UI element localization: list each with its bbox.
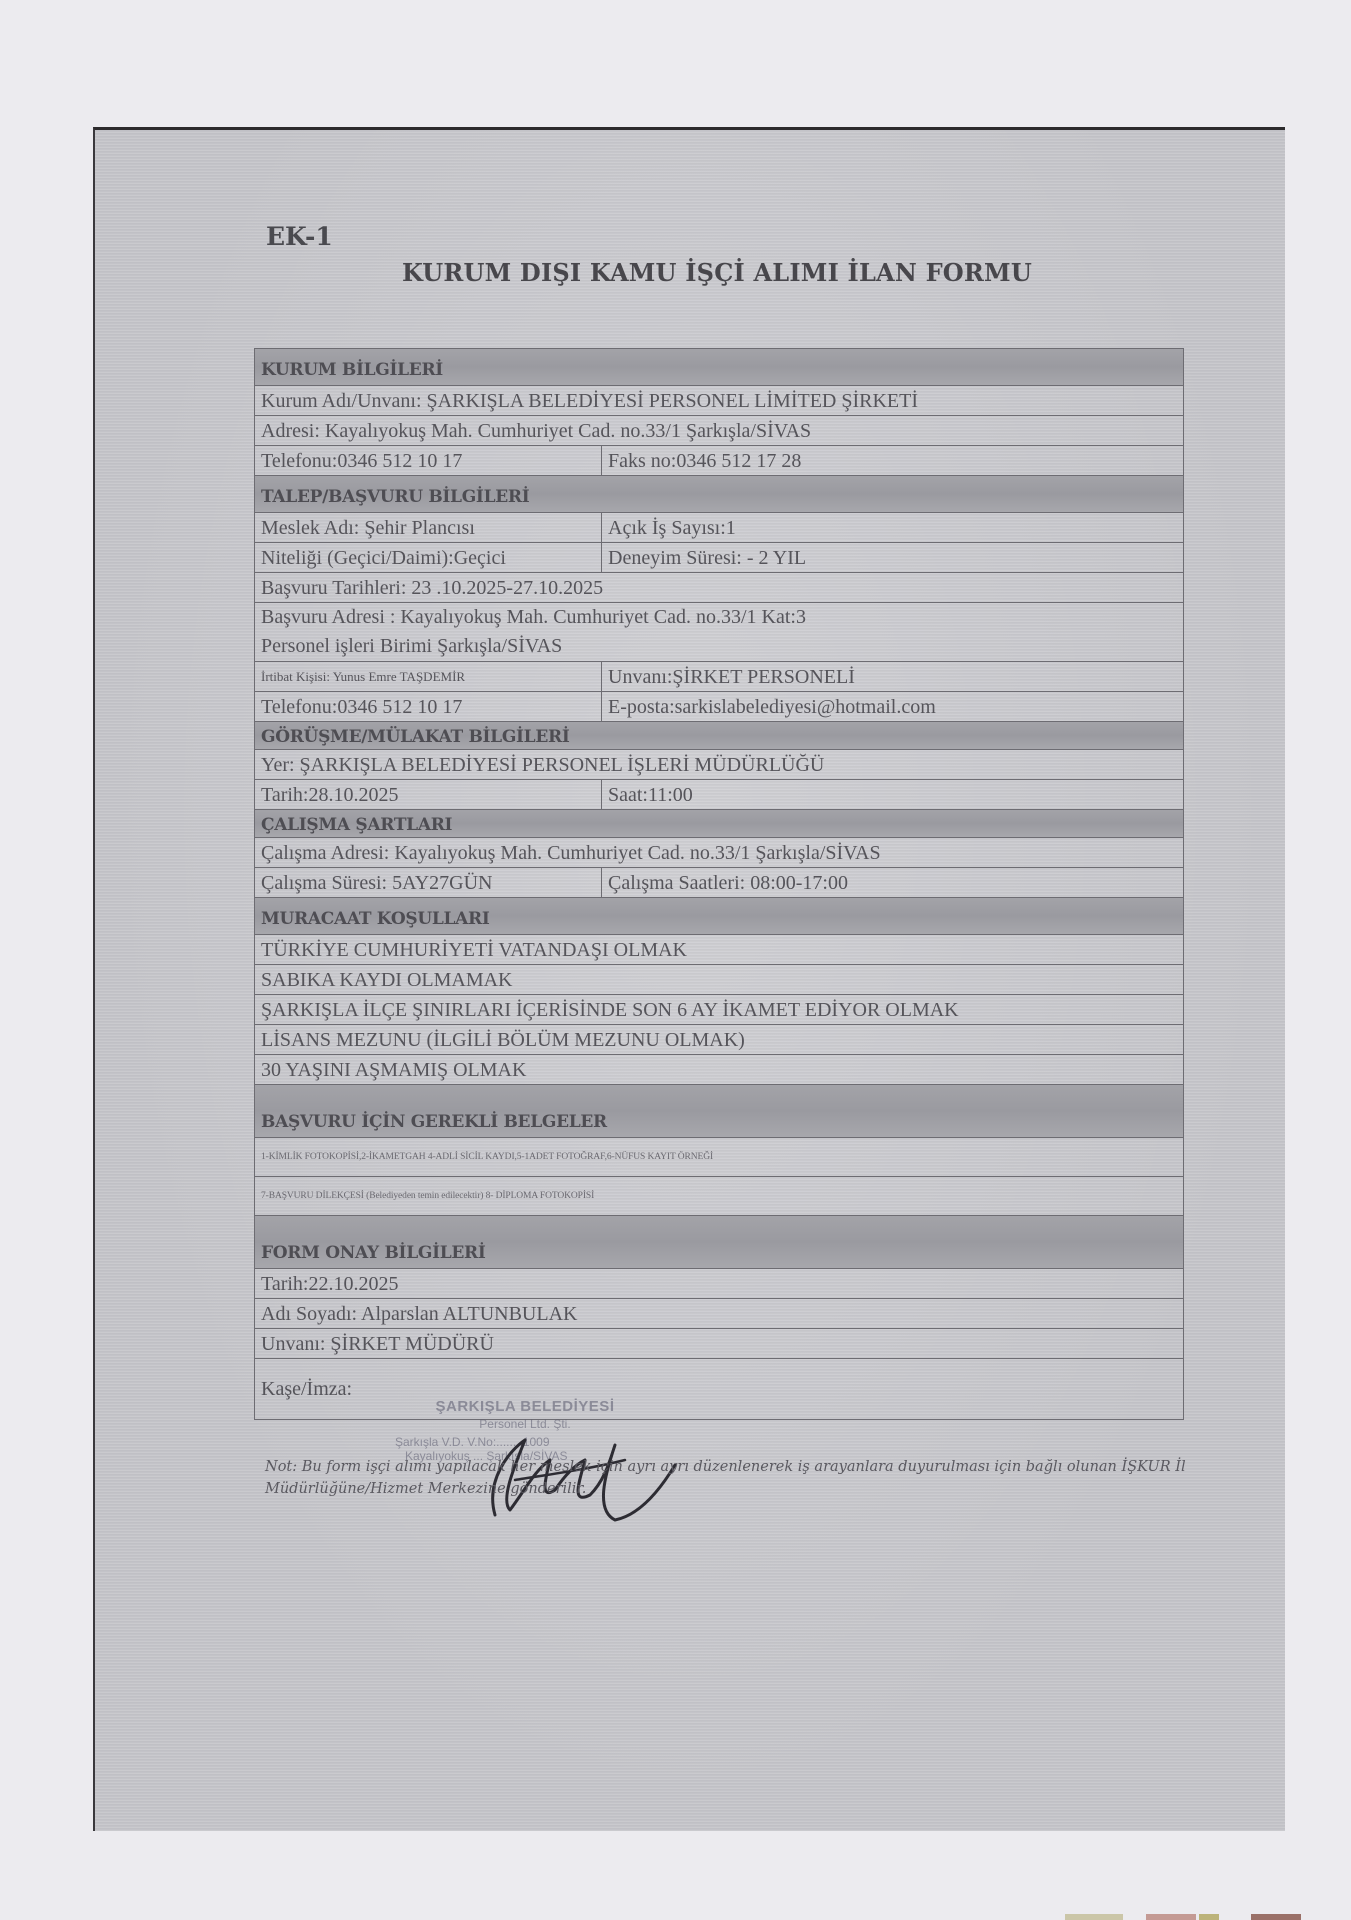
nature-row: Niteliği (Geçici/Daimi):Geçici Deneyim S… xyxy=(255,543,1183,573)
condition-row: SABIKA KAYDI OLMAMAK xyxy=(255,965,1183,995)
profession: Meslek Adı: Şehir Plancısı xyxy=(255,513,602,542)
application-address-row: Başvuru Adresi : Kayalıyokuş Mah. Cumhur… xyxy=(255,603,1183,662)
approver-name-row: Adı Soyadı: Alparslan ALTUNBULAK xyxy=(255,1299,1183,1329)
interview-time-row: Tarih:28.10.2025 Saat:11:00 xyxy=(255,780,1183,810)
contact-person-row: İrtibat Kişisi: Yunus Emre TAŞDEMİR Unva… xyxy=(255,662,1183,692)
contact-email: E-posta:sarkislabelediyesi@hotmail.com xyxy=(602,693,1183,721)
document-list-row: 7-BAŞVURU DİLEKÇESİ (Belediyeden temin e… xyxy=(255,1177,1183,1216)
work-terms-row: Çalışma Süresi: 5AY27GÜN Çalışma Saatler… xyxy=(255,868,1183,898)
footnote: Not: Bu form işçi alımı yapılacak her me… xyxy=(265,1456,1195,1500)
scanned-page: EK-1 KURUM DIŞI KAMU İŞÇİ ALIMI İLAN FOR… xyxy=(93,127,1285,1831)
contact-phone: Telefonu:0346 512 10 17 xyxy=(255,692,602,721)
condition: SABIKA KAYDI OLMAMAK xyxy=(255,966,519,994)
stamp-signature-label: Kaşe/İmza: xyxy=(255,1375,358,1403)
edge-mark xyxy=(1065,1914,1123,1920)
institution-fax: Faks no:0346 512 17 28 xyxy=(602,447,1183,475)
work-address-row: Çalışma Adresi: Kayalıyokuş Mah. Cumhuri… xyxy=(255,838,1183,868)
work-duration: Çalışma Süresi: 5AY27GÜN xyxy=(255,868,602,897)
institution-name-row: Kurum Adı/Unvanı: ŞARKIŞLA BELEDİYESİ PE… xyxy=(255,386,1183,416)
contact-info-row: Telefonu:0346 512 10 17 E-posta:sarkisla… xyxy=(255,692,1183,722)
section-title: TALEP/BAŞVURU BİLGİLERİ xyxy=(255,482,535,512)
condition: LİSANS MEZUNU (İLGİLİ BÖLÜM MEZUNU OLMAK… xyxy=(255,1026,751,1054)
edge-mark xyxy=(1251,1914,1301,1920)
announcement-form-table: KURUM BİLGİLERİ Kurum Adı/Unvanı: ŞARKIŞ… xyxy=(254,348,1184,1420)
condition-row: LİSANS MEZUNU (İLGİLİ BÖLÜM MEZUNU OLMAK… xyxy=(255,1025,1183,1055)
approval-date-row: Tarih:22.10.2025 xyxy=(255,1269,1183,1299)
approver-title-row: Unvanı: ŞİRKET MÜDÜRÜ xyxy=(255,1329,1183,1359)
section-title: KURUM BİLGİLERİ xyxy=(255,355,449,385)
work-hours: Çalışma Saatleri: 08:00-17:00 xyxy=(602,869,1183,897)
document-list-row: 1-KİMLİK FOTOKOPİSİ,2-İKAMETGAH 4-ADLİ S… xyxy=(255,1138,1183,1177)
interview-date: Tarih:28.10.2025 xyxy=(255,780,602,809)
condition-row: ŞARKIŞLA İLÇE ŞINIRLARI İÇERİSİNDE SON 6… xyxy=(255,995,1183,1025)
contact-title: Unvanı:ŞİRKET PERSONELİ xyxy=(602,663,1183,691)
document-list-line: 1-KİMLİK FOTOKOPİSİ,2-İKAMETGAH 4-ADLİ S… xyxy=(255,1139,719,1175)
section-header-calisma: ÇALIŞMA ŞARTLARI xyxy=(255,810,1183,838)
condition: ŞARKIŞLA İLÇE ŞINIRLARI İÇERİSİNDE SON 6… xyxy=(255,996,965,1024)
job-nature: Niteliği (Geçici/Daimi):Geçici xyxy=(255,543,602,572)
work-address: Çalışma Adresi: Kayalıyokuş Mah. Cumhuri… xyxy=(255,839,887,867)
open-positions: Açık İş Sayısı:1 xyxy=(602,514,1183,542)
application-dates-row: Başvuru Tarihleri: 23 .10.2025-27.10.202… xyxy=(255,573,1183,603)
interview-place-row: Yer: ŞARKIŞLA BELEDİYESİ PERSONEL İŞLERİ… xyxy=(255,750,1183,780)
institution-address: Adresi: Kayalıyokuş Mah. Cumhuriyet Cad.… xyxy=(255,417,817,445)
approval-date: Tarih:22.10.2025 xyxy=(255,1270,404,1298)
section-header-talep: TALEP/BAŞVURU BİLGİLERİ xyxy=(255,476,1183,513)
profession-row: Meslek Adı: Şehir Plancısı Açık İş Sayıs… xyxy=(255,513,1183,543)
section-title: GÖRÜŞME/MÜLAKAT BİLGİLERİ xyxy=(255,725,575,749)
stamp-signature-row: Kaşe/İmza: xyxy=(255,1359,1183,1419)
institution-phone: Telefonu:0346 512 10 17 xyxy=(255,446,602,475)
section-header-onay: FORM ONAY BİLGİLERİ xyxy=(255,1216,1183,1269)
application-address-line1: Başvuru Adresi : Kayalıyokuş Mah. Cumhur… xyxy=(255,603,812,632)
interview-place: Yer: ŞARKIŞLA BELEDİYESİ PERSONEL İŞLERİ… xyxy=(255,751,830,779)
institution-name: Kurum Adı/Unvanı: ŞARKIŞLA BELEDİYESİ PE… xyxy=(255,387,924,415)
experience: Deneyim Süresi: - 2 YIL xyxy=(602,544,1183,572)
application-dates: Başvuru Tarihleri: 23 .10.2025-27.10.202… xyxy=(255,574,609,602)
edge-mark xyxy=(1146,1914,1196,1920)
stamp-line: Şarkışla V.D. V.No:........1009 xyxy=(395,1435,655,1449)
condition-row: 30 YAŞINI AŞMAMIŞ OLMAK xyxy=(255,1055,1183,1085)
section-title: MURACAAT KOŞULLARI xyxy=(255,904,496,934)
section-title: BAŞVURU İÇİN GEREKLİ BELGELER xyxy=(255,1107,613,1137)
document-list-line: 7-BAŞVURU DİLEKÇESİ (Belediyeden temin e… xyxy=(255,1178,600,1214)
interview-time: Saat:11:00 xyxy=(602,781,1183,809)
section-header-belgeler: BAŞVURU İÇİN GEREKLİ BELGELER xyxy=(255,1085,1183,1138)
document-title: KURUM DIŞI KAMU İŞÇİ ALIMI İLAN FORMU xyxy=(402,258,1032,287)
section-title: ÇALIŞMA ŞARTLARI xyxy=(255,813,458,837)
contact-person: İrtibat Kişisi: Yunus Emre TAŞDEMİR xyxy=(255,662,602,691)
institution-contact-row: Telefonu:0346 512 10 17 Faks no:0346 512… xyxy=(255,446,1183,476)
section-header-gorusme: GÖRÜŞME/MÜLAKAT BİLGİLERİ xyxy=(255,722,1183,750)
section-header-muracaat: MURACAAT KOŞULLARI xyxy=(255,898,1183,935)
approver-title: Unvanı: ŞİRKET MÜDÜRÜ xyxy=(255,1330,500,1358)
section-title: FORM ONAY BİLGİLERİ xyxy=(255,1238,492,1268)
institution-address-row: Adresi: Kayalıyokuş Mah. Cumhuriyet Cad.… xyxy=(255,416,1183,446)
approver-name: Adı Soyadı: Alparslan ALTUNBULAK xyxy=(255,1300,583,1328)
condition-row: TÜRKİYE CUMHURİYETİ VATANDAŞI OLMAK xyxy=(255,935,1183,965)
section-header-kurum: KURUM BİLGİLERİ xyxy=(255,349,1183,386)
annex-label: EK-1 xyxy=(266,222,333,251)
condition: 30 YAŞINI AŞMAMIŞ OLMAK xyxy=(255,1056,532,1084)
edge-mark xyxy=(1199,1914,1219,1920)
application-address-line2: Personel işleri Birimi Şarkışla/SİVAS xyxy=(255,632,568,661)
condition: TÜRKİYE CUMHURİYETİ VATANDAŞI OLMAK xyxy=(255,936,693,964)
